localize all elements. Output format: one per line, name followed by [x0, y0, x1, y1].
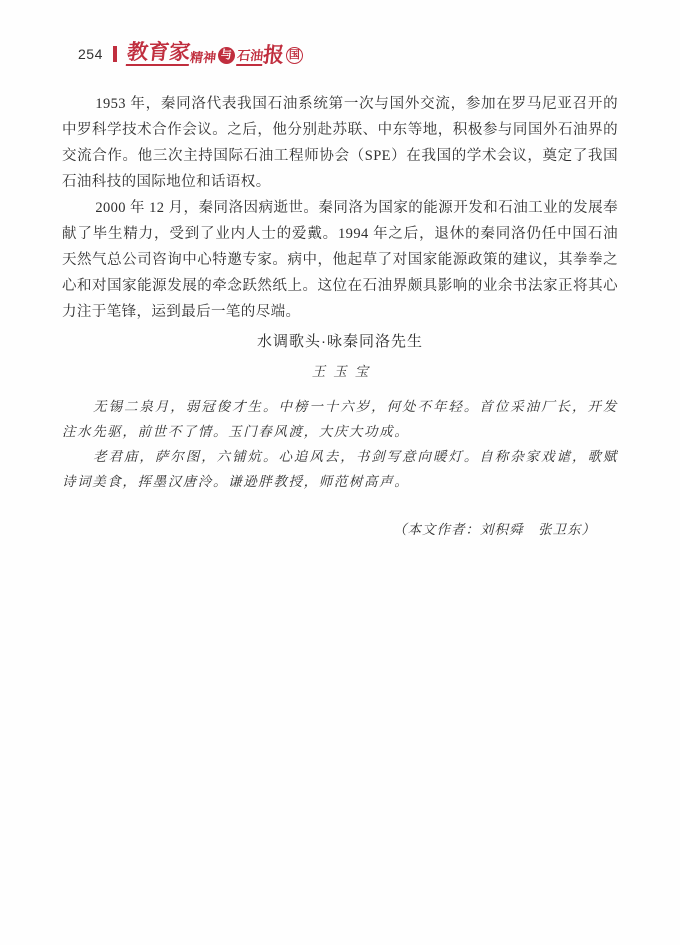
- poem-author: 王玉宝: [62, 362, 618, 382]
- article-paragraph-1: 1953 年，秦同洛代表我国石油系统第一次与国外交流，参加在罗马尼亚召开的中罗科…: [62, 91, 618, 195]
- chapter-logo: 教育家 精神 与 石油 报 国: [127, 42, 305, 66]
- book-page: 254 教育家 精神 与 石油 报 国 1953 年，秦同洛代表我国石油系统第一…: [0, 0, 680, 945]
- article-body: 1953 年，秦同洛代表我国石油系统第一次与国外交流，参加在罗马尼亚召开的中罗科…: [62, 91, 618, 538]
- poem-stanza-2: 老君庙，萨尔图，六铺炕。心追风去，书剑写意向暖灯。自称杂家戏谑，歌赋诗词美食，挥…: [62, 444, 618, 494]
- logo-text-jingshen: 精神: [189, 51, 217, 66]
- header-divider-bar: [113, 46, 117, 62]
- logo-text-jiaoyujia: 教育家: [126, 42, 192, 66]
- poem-title: 水调歌头·咏秦同洛先生: [62, 328, 618, 356]
- logo-text-bao: 报: [262, 45, 285, 66]
- logo-text-shiyou: 石油: [236, 49, 264, 66]
- article-paragraph-2: 2000 年 12 月，秦同洛因病逝世。秦同洛为国家的能源开发和石油工业的发展奉…: [62, 195, 618, 325]
- page-number: 254: [78, 46, 103, 62]
- guo-seal-icon: 国: [286, 47, 303, 64]
- attribution: （本文作者：刘积舜 张卫东）: [62, 518, 618, 538]
- yu-seal-icon: 与: [218, 47, 235, 64]
- poem-stanza-1: 无锡二泉月，弱冠俊才生。中榜一十六岁，何处不年轻。首位采油厂长，开发注水先驱，前…: [62, 394, 618, 444]
- poem-body: 无锡二泉月，弱冠俊才生。中榜一十六岁，何处不年轻。首位采油厂长，开发注水先驱，前…: [62, 394, 618, 494]
- page-header: 254 教育家 精神 与 石油 报 国: [78, 40, 305, 68]
